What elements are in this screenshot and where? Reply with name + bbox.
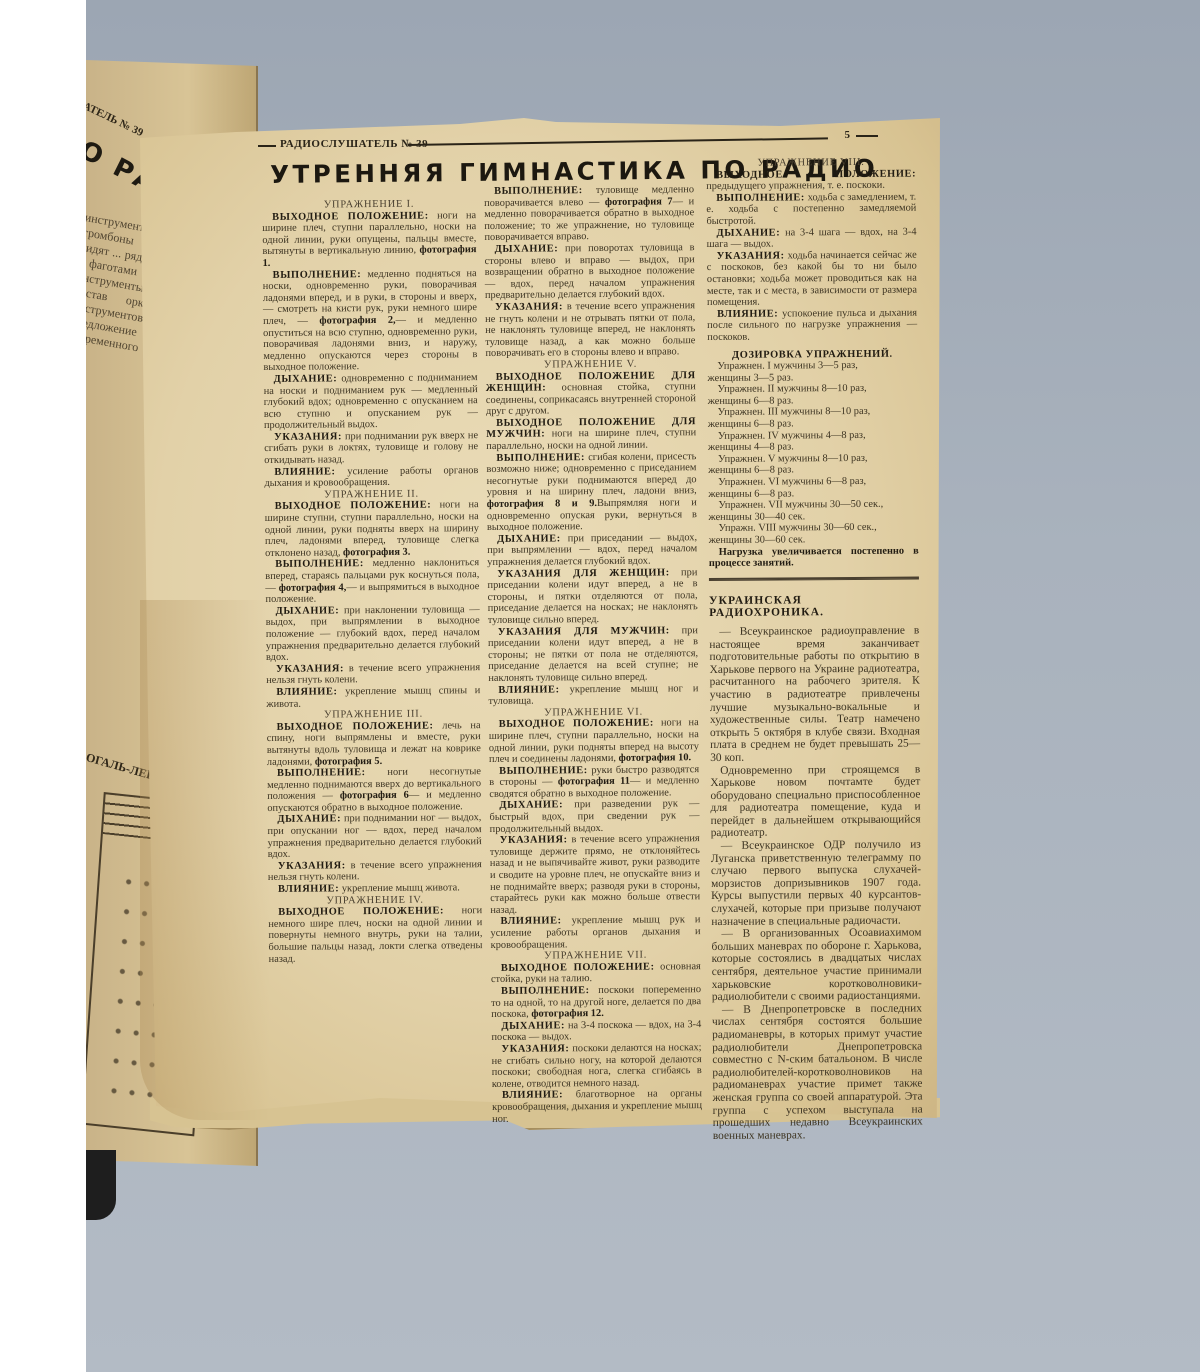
photo-reference: фотография 2, [319,315,395,327]
instruction-label: ВЛИЯНИЕ: [498,684,559,696]
exercise-instruction: ВЫХОДНОЕ ПОЛОЖЕНИЕ: ноги немного шире пл… [268,905,482,965]
exercise-instruction: ВЛИЯНИЕ: усиление работы органов дыхания… [264,465,478,490]
exercise-instruction: УКАЗАНИЯ: в течение всего упражнения нел… [266,662,480,687]
exercise-instruction: ВЛИЯНИЕ: успокоение пульса и дыхания пос… [707,307,917,343]
exercise-instruction: ВЛИЯНИЕ: благотворное на органы кровообр… [492,1088,702,1125]
exercise-instruction: УКАЗАНИЯ: в течение всего упражнения не … [485,300,695,360]
dosage-exercise: Упражнен. II [718,384,775,395]
chronicle-paragraph: — В организованных Осоавиахимом больших … [711,927,922,1004]
instruction-label: ВЫХОДНОЕ ПОЛОЖЕНИЕ: [501,961,655,973]
dosage-men: мужчины 6—8 раз, [782,476,866,488]
photo-reference: фотография 5. [315,755,382,767]
exercise-instruction: ВЫХОДНОЕ ПОЛОЖЕНИЕ: основная стойка, рук… [491,961,701,986]
instruction-label: ВЫХОДНОЕ ПОЛОЖЕНИЕ: [272,210,429,222]
page-number: 5 [845,129,851,141]
exercise-instruction: ВЛИЯНИЕ: укрепление мышц спины и живота. [266,685,480,710]
dosage-men: мужчины 4—8 раз, [781,430,865,442]
instruction-text: в течение всего упражнения туловище держ… [490,833,700,915]
instruction-label: ВЛИЯНИЕ: [278,883,339,895]
column-1: УПРАЖНЕНИЕ I.ВЫХОДНОЕ ПОЛОЖЕНИЕ: ноги на… [262,198,483,965]
instruction-label: ВЫХОДНОЕ ПОЛОЖЕНИЕ: [716,168,916,180]
exercise-instruction: ВЛИЯНИЕ: укрепление мышц живота. [268,882,482,895]
exercise-instruction: ВЛИЯНИЕ: укрепление мышц рук и усиление … [490,915,700,952]
instruction-label: ДЫХАНИЕ: [274,373,338,385]
photo-reference: фотография 3. [343,547,410,559]
dosage-exercise: Упражнен. IV [718,430,779,441]
instruction-label: УКАЗАНИЯ: [495,301,563,313]
instruction-label: ВЫПОЛНЕНИЕ: [494,185,583,197]
instruction-label: ВЫПОЛНЕНИЕ: [716,192,805,204]
exercise-instruction: ДЫХАНИЕ: при поворотах туловища в сторон… [485,242,695,302]
exercise-instruction: ВЫХОДНОЕ ПОЛОЖЕНИЕ: предыдущего упражнен… [706,168,916,193]
photo-reference: фотография 8 и 9. [487,498,597,510]
instruction-label: ВЫПОЛНЕНИЕ: [277,767,366,779]
dosage-table: Упражнен. I мужчины 3—5 раз,женщины 3—5 … [707,360,918,547]
column-3: УПРАЖНЕНИЕ VIII.ВЫХОДНОЕ ПОЛОЖЕНИЕ: пред… [706,157,923,1143]
exercise-instruction: УКАЗАНИЯ: в течение всего упражнения тул… [490,833,701,916]
instruction-label: ВЛИЯНИЕ: [500,916,561,928]
exercise-instruction: ВЫХОДНОЕ ПОЛОЖЕНИЕ: лечь на спину, ноги … [267,720,481,768]
radio-chronicle: УКРАИНСКАЯ РАДИОХРОНИКА. — Всеукраинское… [709,593,923,1142]
exercise-instruction: ВЫПОЛНЕНИЕ: сгибая колени, присесть возм… [486,451,697,534]
instruction-label: УКАЗАНИЯ: [717,250,785,261]
photo-reference: фотография 11 [558,776,630,788]
exercise-instruction: ВЫПОЛНЕНИЕ: туловище медленно поворачива… [484,184,694,244]
dosage-note: Нагрузка увеличивается постепенно в проц… [709,545,919,570]
exercise-instruction: ВЫПОЛНЕНИЕ: поскоки попеременно то на од… [491,984,701,1021]
publication-name: РАДИОСЛУШАТЕЛЬ № 39 [280,138,428,150]
exercise-instruction: ВЛИЯНИЕ: укрепление мышц ног и туловища. [488,683,698,708]
photo-reference: фотография 12. [531,1008,604,1020]
instruction-label: УКАЗАНИЯ: [501,1043,569,1055]
exercise-instruction: ВЫХОДНОЕ ПОЛОЖЕНИЕ: ноги на ширине плеч,… [489,717,699,765]
instruction-label: УКАЗАНИЯ ДЛЯ МУЖЧИН: [498,625,670,637]
instruction-label: ВЛИЯНИЕ: [717,308,778,319]
instruction-text: предыдущего упражнения, т. е. поскоки. [706,180,885,192]
instruction-label: ДЫХАНИЕ: [276,605,340,617]
instruction-label: ВЛИЯНИЕ: [274,466,335,478]
instruction-label: ВЫПОЛНЕНИЕ: [501,985,590,997]
instruction-label: ВЛИЯНИЕ: [276,686,337,698]
photo-reference: фотография 6 [340,790,409,802]
photo-reference: фотография 10. [619,752,692,764]
instruction-label: ВЫХОДНОЕ ПОЛОЖЕНИЕ: [277,720,434,732]
photo-margin [0,0,86,1372]
masthead-rule-right [856,135,878,137]
dosage-men: мужчины 3—5 раз, [773,360,857,372]
exercise-instruction: ДЫХАНИЕ: одновременно с поднимaнием на н… [264,372,478,432]
exercise-instruction: ВЫПОЛНЕНИЕ: ноги несогнутые медленно под… [267,766,481,814]
dosage-exercise: Упражнен. V [718,453,775,464]
dosage-exercise: Упражнен. I [717,361,770,372]
exercise-instruction: ДЫХАНИЕ: на 3-4 поскока — вдох, на 3-4 п… [491,1019,701,1044]
dosage-title: ДОЗИРОВКА УПРАЖНЕНИЙ. [707,348,917,361]
chronicle-paragraph: — Всеукраинское радиоуправление в настоя… [709,624,920,764]
chronicle-paragraph: Одновременно при строящемся в Харькове н… [710,763,921,840]
photo-reference: фотография 7 [605,196,673,208]
dosage-men: мужчины 8—10 раз, [777,383,867,395]
exercise-instruction: ВЫХОДНОЕ ПОЛОЖЕНИЕ: ноги на ширине плеч,… [262,210,476,270]
exercise-instruction: ДЫХАНИЕ: при приседании — выдох, при вып… [487,532,697,569]
chronicle-paragraph: — Всеукраинское ОДР получило из Луганска… [711,839,922,929]
exercise-8: УПРАЖНЕНИЕ VIII.ВЫХОДНОЕ ПОЛОЖЕНИЕ: пред… [706,157,917,344]
instruction-label: ДЫХАНИЕ: [277,814,341,826]
exercise-instruction: ВЫХОДНОЕ ПОЛОЖЕНИЕ: ноги на ширине ступн… [265,500,479,560]
dosage-exercise: Упражнен. VI [718,477,779,488]
dosage-exercise: Упражнен. VII [718,500,782,511]
exercise-instruction: УКАЗАНИЯ: ходьба начинается сейчас же с … [707,249,917,308]
instruction-label: ДЫХАНИЕ: [495,243,559,255]
instruction-label: ВЫХОДНОЕ ПОЛОЖЕНИЕ: [278,906,444,918]
exercise-instruction: ВЫПОЛНЕНИЕ: медленно подняться на носки,… [263,268,478,374]
paper-water-stain [140,600,270,1120]
instruction-label: ВЫПОЛНЕНИЕ: [273,269,362,281]
instruction-label: ДЫХАНИЕ: [501,1020,565,1032]
dosage-section: ДОЗИРОВКА УПРАЖНЕНИЙ. Упражнен. I мужчин… [707,348,919,570]
masthead-rule-left [258,145,276,147]
chronicle-title: УКРАИНСКАЯ РАДИОХРОНИКА. [709,593,919,620]
chronicle-paragraph: — В Днепропетровске в последних числах с… [712,1002,923,1142]
instruction-label: ДЫХАНИЕ: [497,533,561,545]
instruction-label: ВЫХОДНОЕ ПОЛОЖЕНИЕ: [499,718,654,730]
exercise-instruction: УКАЗАНИЯ: в течение всего упражнения нел… [268,859,482,884]
instruction-label: ДЫХАНИЕ: [716,227,780,238]
exercise-instruction: ВЫХОДНОЕ ПОЛОЖЕНИЕ ДЛЯ ЖЕНЩИН: основная … [486,370,696,418]
column-2: ВЫПОЛНЕНИЕ: туловище медленно поворачива… [484,184,702,1125]
instruction-label: ВЫПОЛНЕНИЕ: [496,452,585,464]
exercise-instruction: УКАЗАНИЯ: при поднимании рук вверх не сг… [264,430,478,467]
exercise-instruction: ВЫХОДНОЕ ПОЛОЖЕНИЕ ДЛЯ МУЖЧИН: ноги на ш… [486,416,696,453]
instruction-label: УКАЗАНИЯ: [274,431,342,443]
instruction-label: УКАЗАНИЯ: [278,860,346,872]
dosage-men: мужчины 8—10 раз, [778,453,868,465]
instruction-label: ВЫХОДНОЕ ПОЛОЖЕНИЕ: [275,500,432,512]
exercise-instruction: УКАЗАНИЯ: поскоки делаются на носках; не… [491,1042,701,1090]
instruction-label: УКАЗАНИЯ: [500,835,568,847]
exercise-instruction: ВЫПОЛНЕНИЕ: ходьба с замедлением, т. е. … [706,191,916,227]
chronicle-body: — Всеукраинское радиоуправление в настоя… [709,624,923,1142]
instruction-label: УКАЗАНИЯ ДЛЯ ЖЕНЩИН: [497,567,669,580]
dosage-exercise: Упражн. VIII [719,523,777,534]
exercise-instruction: ВЫПОЛНЕНИЕ: руки быстро разводятся в сто… [489,764,699,801]
dosage-men: мужчины 30—60 сек., [779,522,877,534]
section-divider [709,576,919,580]
dosage-exercise: Упражнен. III [718,407,778,418]
exercise-instruction: ДЫХАНИЕ: при разведении рук — быстрый вд… [489,799,699,836]
exercise-instruction: ДЫХАНИЕ: на 3-4 шага — вдох, на 3-4 шага… [706,226,916,251]
instruction-label: УКАЗАНИЯ: [276,663,344,675]
instruction-label: ВЫПОЛНЕНИЕ: [499,765,588,777]
exercise-instruction: ДЫХАНИЕ: при наклонении туловища — выдох… [266,604,480,664]
exercise-instruction: ВЫПОЛНЕНИЕ: медленно наклониться вперед,… [265,558,479,606]
binding-shadow [86,1150,116,1220]
exercise-instruction: УКАЗАНИЯ ДЛЯ ЖЕНЩИН: при приседании коле… [487,567,697,627]
exercise-instruction: УКАЗАНИЯ ДЛЯ МУЖЧИН: при приседании коле… [488,625,698,685]
dosage-men: мужчины 30—50 сек., [785,499,883,511]
photo-reference: фотография 4, [279,582,347,594]
dosage-men: мужчины 8—10 раз, [781,406,871,418]
instruction-text: укрепление мышц живота. [342,882,460,894]
exercise-instruction: ДЫХАНИЕ: при поднимании ног — выдох, при… [267,813,481,861]
masthead-rule [408,137,828,146]
instruction-label: ДЫХАНИЕ: [499,800,563,812]
instruction-label: ВЫПОЛНЕНИЕ: [275,559,364,571]
instruction-label: ВЛИЯНИЕ: [502,1090,563,1102]
